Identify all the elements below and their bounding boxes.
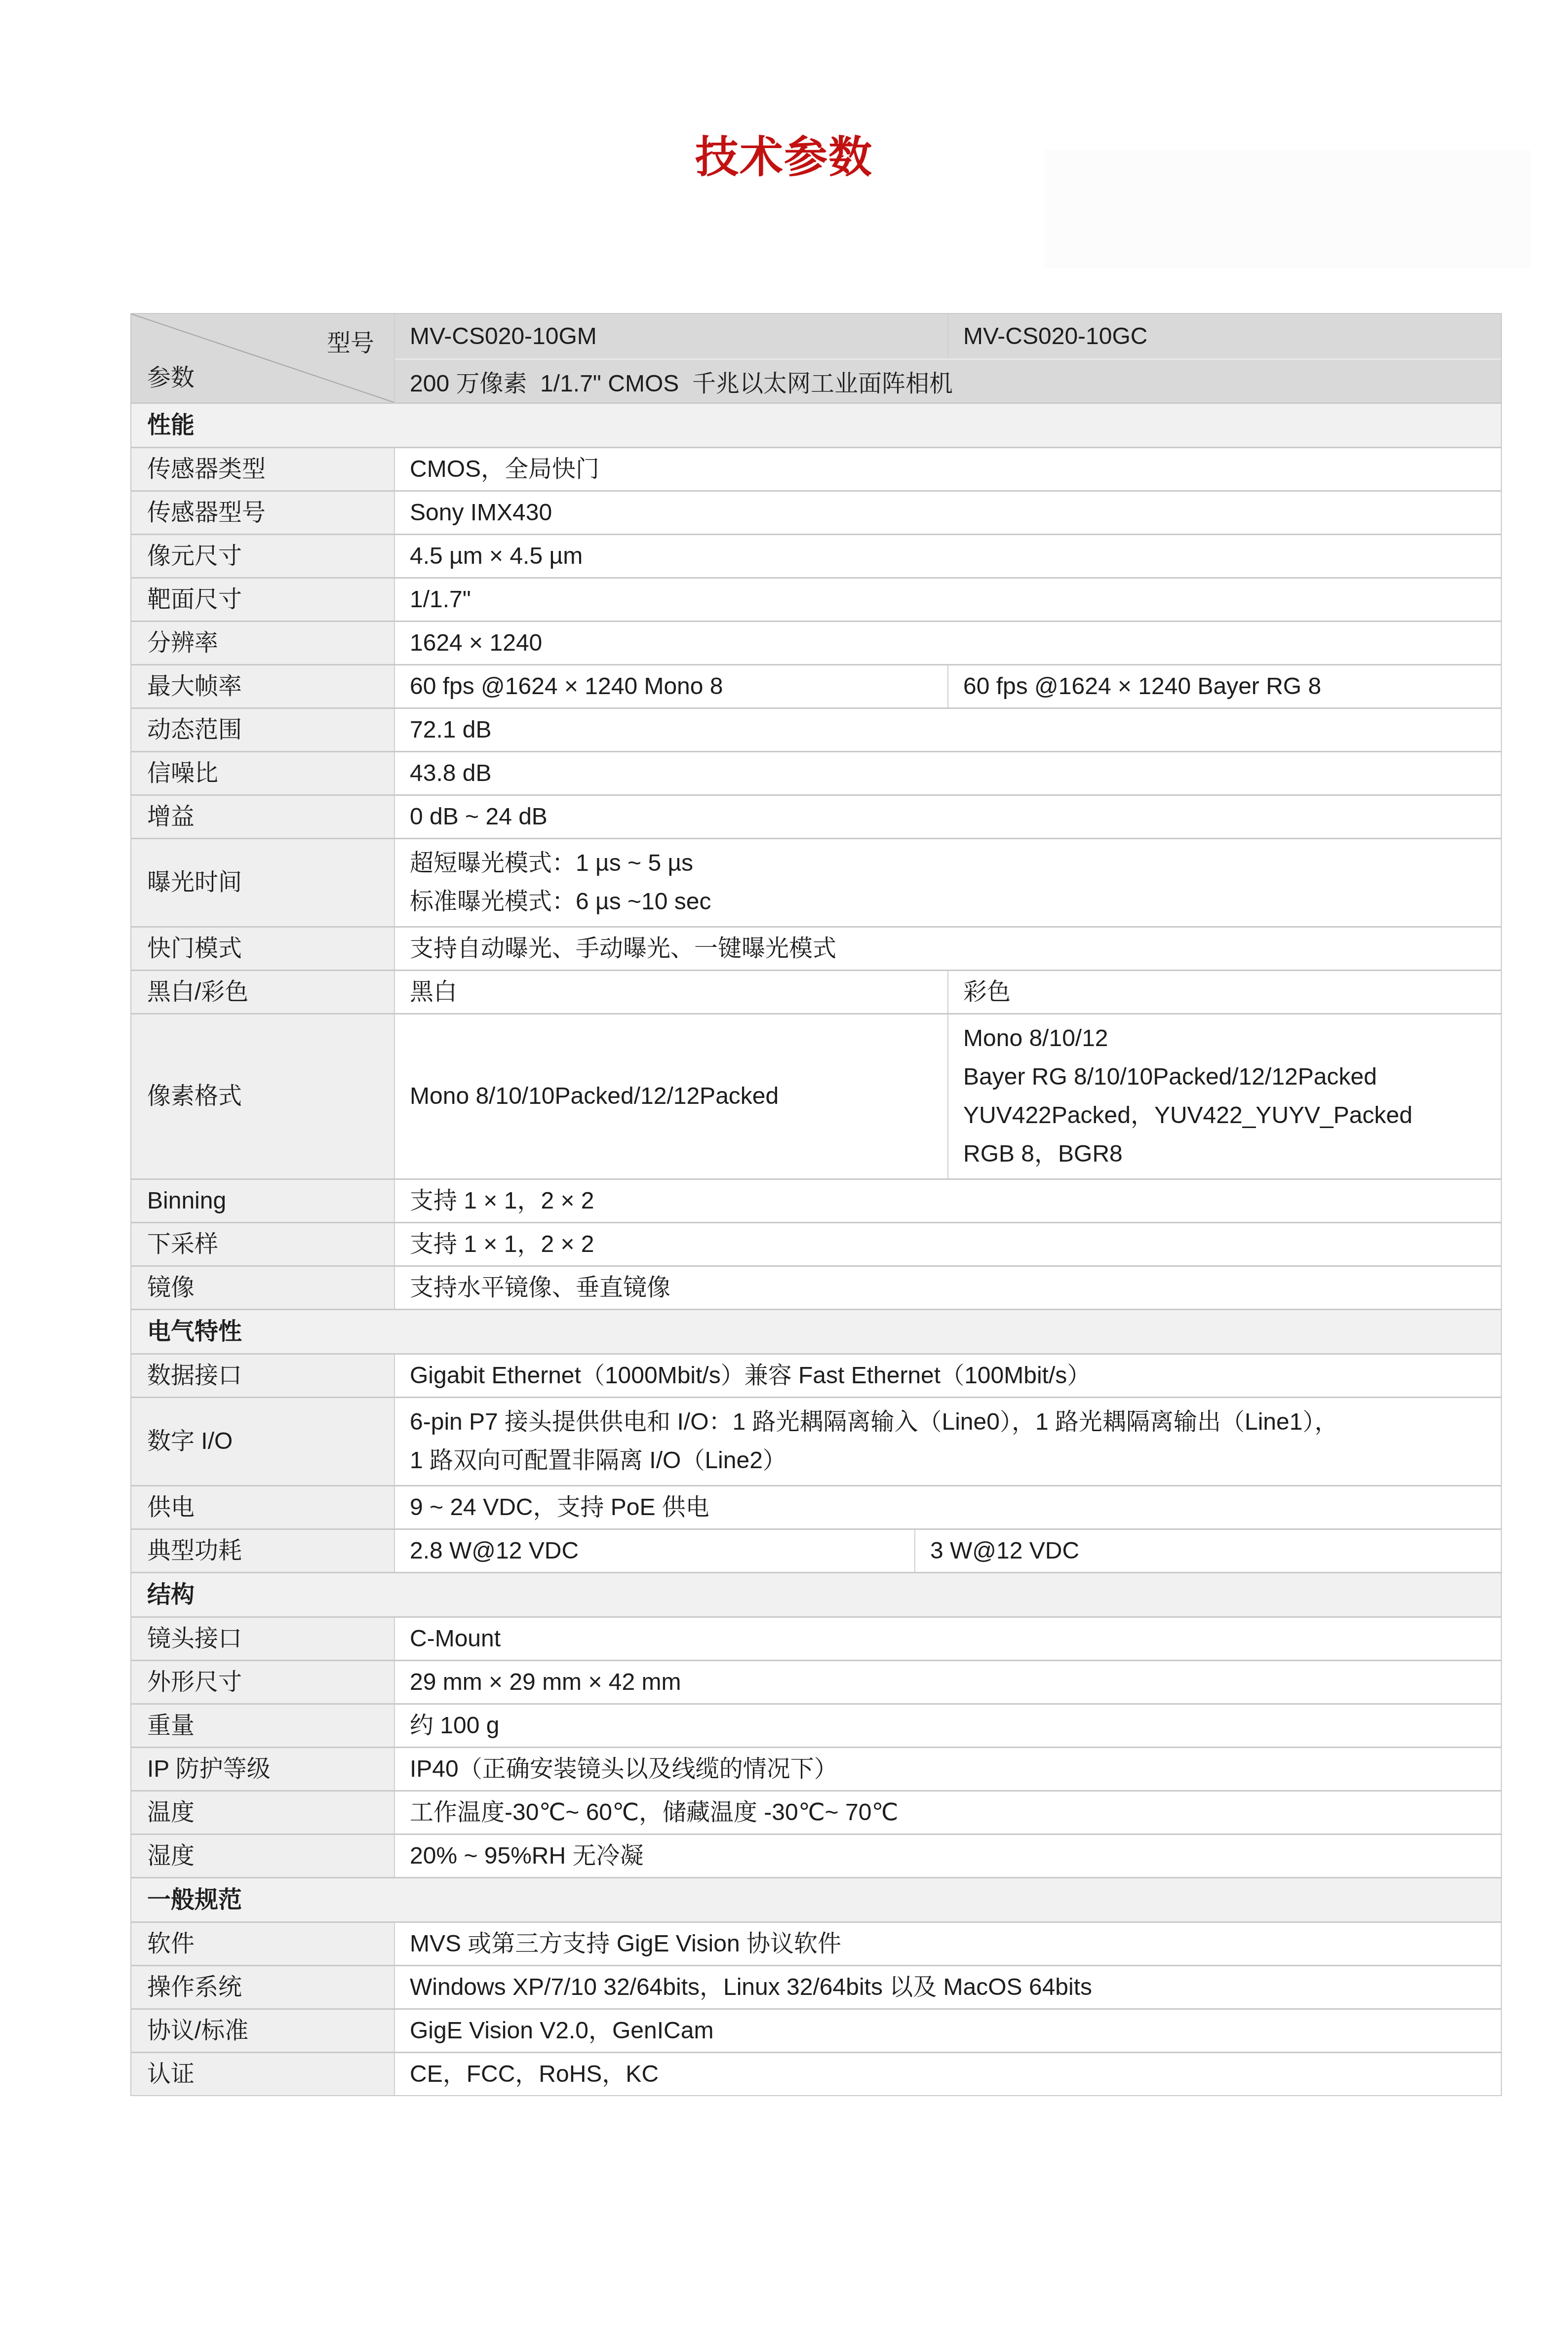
- section-title: 性能: [131, 404, 1501, 447]
- row-label: 重量: [131, 1705, 395, 1747]
- row-value-model1: 60 fps @1624 × 1240 Mono 8: [395, 665, 948, 707]
- table-row: 快门模式支持自动曝光、手动曝光、一键曝光模式: [131, 926, 1501, 970]
- row-label: 传感器类型: [131, 448, 395, 490]
- value-line: Mono 8/10/12: [963, 1019, 1108, 1058]
- row-label: 曝光时间: [131, 839, 395, 926]
- row-value: 支持 1 × 1，2 × 2: [395, 1223, 1501, 1265]
- table-row: 最大帧率60 fps @1624 × 1240 Mono 860 fps @16…: [131, 664, 1501, 707]
- table-row: 增益0 dB ~ 24 dB: [131, 794, 1501, 838]
- row-value: MVS 或第三方支持 GigE Vision 协议软件: [395, 1923, 1501, 1965]
- row-label: 像素格式: [131, 1014, 395, 1178]
- row-value: 1624 × 1240: [395, 622, 1501, 664]
- row-value: C-Mount: [395, 1618, 1501, 1660]
- section-row: 结构: [131, 1572, 1501, 1616]
- row-label: 黑白/彩色: [131, 971, 395, 1013]
- row-label: 操作系统: [131, 1966, 395, 2008]
- row-value: GigE Vision V2.0，GenICam: [395, 2010, 1501, 2052]
- table-row: 数字 I/O6-pin P7 接头提供供电和 I/O：1 路光耦隔离输入（Lin…: [131, 1397, 1501, 1485]
- model-name-color: MV-CS020-10GC: [948, 314, 1501, 358]
- table-row: 传感器类型CMOS，全局快门: [131, 447, 1501, 490]
- row-label: 认证: [131, 2053, 395, 2095]
- table-row: 像素格式Mono 8/10/10Packed/12/12PackedMono 8…: [131, 1013, 1501, 1178]
- row-value: 超短曝光模式：1 µs ~ 5 µs标准曝光模式：6 µs ~10 sec: [395, 839, 1501, 926]
- row-value-model1: 黑白: [395, 971, 948, 1013]
- row-value: 4.5 µm × 4.5 µm: [395, 535, 1501, 577]
- header-right-area: MV-CS020-10GM MV-CS020-10GC 200 万像素 1/1.…: [395, 314, 1501, 402]
- row-label: 外形尺寸: [131, 1661, 395, 1703]
- row-label: 温度: [131, 1792, 395, 1833]
- spec-table: 型号 参数 MV-CS020-10GM MV-CS020-10GC 200 万像…: [130, 313, 1502, 2096]
- table-row: 重量约 100 g: [131, 1703, 1501, 1747]
- corner-param-label: 参数: [147, 358, 195, 392]
- row-value: 1/1.7": [395, 579, 1501, 621]
- row-label: 典型功耗: [131, 1530, 395, 1572]
- value-line: YUV422Packed，YUV422_YUYV_Packed: [963, 1096, 1412, 1135]
- row-label: 靶面尺寸: [131, 579, 395, 621]
- row-value: 工作温度-30℃~ 60℃，储藏温度 -30℃~ 70℃: [395, 1792, 1501, 1833]
- row-label: 传感器型号: [131, 492, 395, 534]
- row-value: 支持水平镜像、垂直镜像: [395, 1267, 1501, 1309]
- row-value: 约 100 g: [395, 1705, 1501, 1747]
- table-row: 协议/标准GigE Vision V2.0，GenICam: [131, 2008, 1501, 2052]
- table-row: IP 防护等级IP40（正确安装镜头以及线缆的情况下）: [131, 1747, 1501, 1790]
- row-label: IP 防护等级: [131, 1748, 395, 1790]
- row-label: 数据接口: [131, 1355, 395, 1397]
- top-right-faint-area: [1044, 150, 1530, 268]
- row-value: 0 dB ~ 24 dB: [395, 796, 1501, 838]
- row-label: 镜头接口: [131, 1618, 395, 1660]
- table-row: 镜头接口C-Mount: [131, 1616, 1501, 1660]
- section-row: 电气特性: [131, 1309, 1501, 1353]
- table-row: 曝光时间超短曝光模式：1 µs ~ 5 µs标准曝光模式：6 µs ~10 se…: [131, 838, 1501, 926]
- corner-model-label: 型号: [327, 324, 374, 358]
- row-value: 72.1 dB: [395, 709, 1501, 751]
- row-value-model2: 60 fps @1624 × 1240 Bayer RG 8: [948, 665, 1501, 707]
- row-value: CE，FCC，RoHS，KC: [395, 2053, 1501, 2095]
- table-row: 认证CE，FCC，RoHS，KC: [131, 2052, 1501, 2095]
- row-label: 信噪比: [131, 752, 395, 794]
- value-line: Bayer RG 8/10/10Packed/12/12Packed: [963, 1058, 1377, 1096]
- table-row: Binning支持 1 × 1，2 × 2: [131, 1178, 1501, 1222]
- model-name-mono: MV-CS020-10GM: [395, 314, 948, 358]
- row-label: 数字 I/O: [131, 1398, 395, 1485]
- row-label: 镜像: [131, 1267, 395, 1309]
- section-row: 一般规范: [131, 1877, 1501, 1921]
- section-row: 性能: [131, 402, 1501, 447]
- corner-cell: 型号 参数: [131, 314, 395, 402]
- value-line: RGB 8，BGR8: [963, 1135, 1123, 1173]
- table-row: 软件MVS 或第三方支持 GigE Vision 协议软件: [131, 1921, 1501, 1965]
- table-row: 下采样支持 1 × 1，2 × 2: [131, 1222, 1501, 1265]
- row-value: IP40（正确安装镜头以及线缆的情况下）: [395, 1748, 1501, 1790]
- model-names-row: MV-CS020-10GM MV-CS020-10GC: [395, 314, 1501, 358]
- row-label: 像元尺寸: [131, 535, 395, 577]
- table-header-row: 型号 参数 MV-CS020-10GM MV-CS020-10GC 200 万像…: [131, 314, 1501, 402]
- row-value: 20% ~ 95%RH 无冷凝: [395, 1835, 1501, 1877]
- row-label: 动态范围: [131, 709, 395, 751]
- row-label: 增益: [131, 796, 395, 838]
- table-row: 外形尺寸29 mm × 29 mm × 42 mm: [131, 1660, 1501, 1703]
- row-value-model2: Mono 8/10/12Bayer RG 8/10/10Packed/12/12…: [948, 1014, 1501, 1178]
- row-value: Gigabit Ethernet（1000Mbit/s）兼容 Fast Ethe…: [395, 1355, 1501, 1397]
- table-row: 信噪比43.8 dB: [131, 751, 1501, 794]
- row-label: 协议/标准: [131, 2010, 395, 2052]
- row-value: 9 ~ 24 VDC，支持 PoE 供电: [395, 1486, 1501, 1528]
- row-value-model2: 3 W@12 VDC: [915, 1530, 1501, 1572]
- row-label: Binning: [131, 1180, 395, 1222]
- value-line: 标准曝光模式：6 µs ~10 sec: [410, 883, 711, 921]
- row-value: 支持自动曝光、手动曝光、一键曝光模式: [395, 928, 1501, 970]
- row-value: CMOS，全局快门: [395, 448, 1501, 490]
- table-row: 湿度20% ~ 95%RH 无冷凝: [131, 1833, 1501, 1877]
- row-label: 软件: [131, 1923, 395, 1965]
- table-row: 镜像支持水平镜像、垂直镜像: [131, 1265, 1501, 1309]
- row-value: 支持 1 × 1，2 × 2: [395, 1180, 1501, 1222]
- row-label: 下采样: [131, 1223, 395, 1265]
- table-row: 数据接口Gigabit Ethernet（1000Mbit/s）兼容 Fast …: [131, 1353, 1501, 1397]
- row-value: Windows XP/7/10 32/64bits，Linux 32/64bit…: [395, 1966, 1501, 2008]
- section-title: 一般规范: [131, 1878, 1501, 1921]
- table-row: 供电9 ~ 24 VDC，支持 PoE 供电: [131, 1485, 1501, 1528]
- row-label: 快门模式: [131, 928, 395, 970]
- table-row: 典型功耗2.8 W@12 VDC3 W@12 VDC: [131, 1528, 1501, 1572]
- row-label: 湿度: [131, 1835, 395, 1877]
- table-row: 像元尺寸4.5 µm × 4.5 µm: [131, 534, 1501, 577]
- row-value: 29 mm × 29 mm × 42 mm: [395, 1661, 1501, 1703]
- row-value-model1: Mono 8/10/10Packed/12/12Packed: [395, 1014, 948, 1178]
- row-label: 分辨率: [131, 622, 395, 664]
- row-label: 最大帧率: [131, 665, 395, 707]
- row-value: 6-pin P7 接头提供供电和 I/O：1 路光耦隔离输入（Line0），1 …: [395, 1398, 1501, 1485]
- table-row: 传感器型号Sony IMX430: [131, 490, 1501, 534]
- row-value-model1: 2.8 W@12 VDC: [395, 1530, 915, 1572]
- row-value: 43.8 dB: [395, 752, 1501, 794]
- value-line: 6-pin P7 接头提供供电和 I/O：1 路光耦隔离输入（Line0），1 …: [410, 1403, 1338, 1442]
- section-title: 电气特性: [131, 1310, 1501, 1353]
- row-value-model2: 彩色: [948, 971, 1501, 1013]
- section-title: 结构: [131, 1573, 1501, 1616]
- table-row: 动态范围72.1 dB: [131, 707, 1501, 751]
- row-value: Sony IMX430: [395, 492, 1501, 534]
- table-row: 靶面尺寸1/1.7": [131, 577, 1501, 621]
- value-line: 1 路双向可配置非隔离 I/O（Line2）: [410, 1442, 786, 1480]
- table-row: 黑白/彩色黑白彩色: [131, 970, 1501, 1013]
- value-line: 超短曝光模式：1 µs ~ 5 µs: [410, 844, 693, 883]
- table-row: 操作系统Windows XP/7/10 32/64bits，Linux 32/6…: [131, 1965, 1501, 2008]
- table-row: 分辨率1624 × 1240: [131, 621, 1501, 664]
- camera-description: 200 万像素 1/1.7" CMOS 千兆以太网工业面阵相机: [395, 358, 1501, 402]
- row-label: 供电: [131, 1486, 395, 1528]
- table-row: 温度工作温度-30℃~ 60℃，储藏温度 -30℃~ 70℃: [131, 1790, 1501, 1833]
